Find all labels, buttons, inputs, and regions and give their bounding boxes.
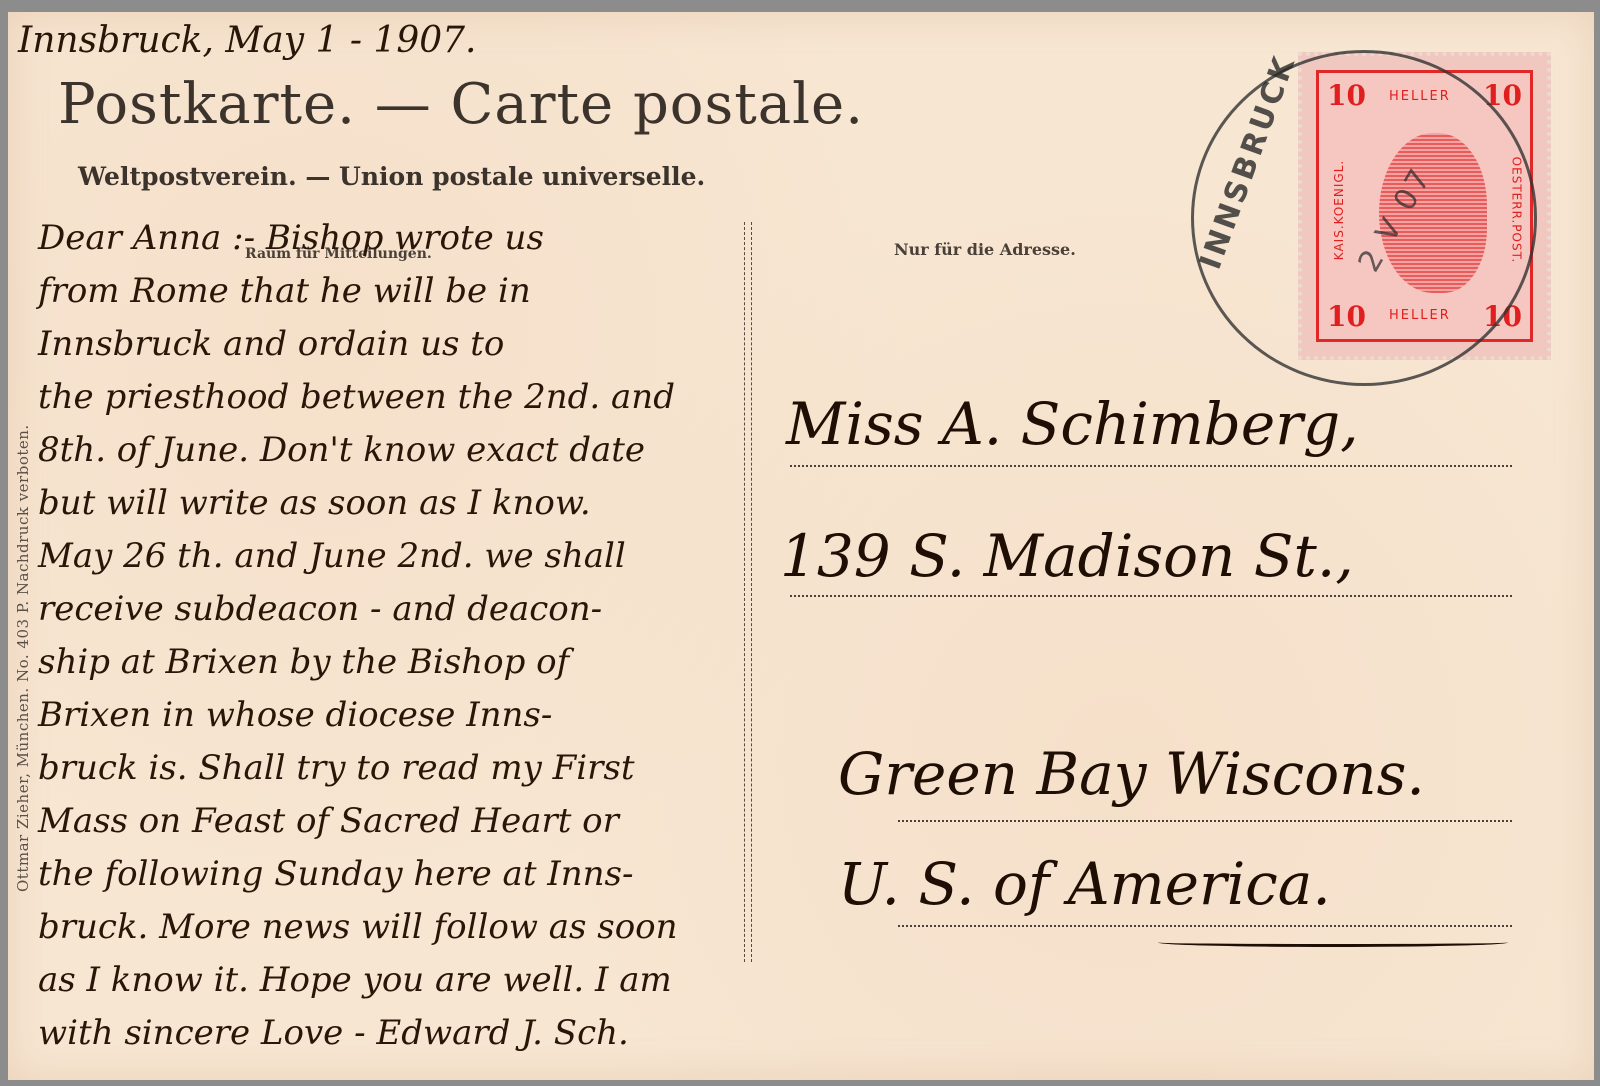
address-rule	[898, 925, 1512, 927]
publisher-imprint: Ottmar Zieher, München. No. 403 P. Nachd…	[14, 424, 32, 892]
message-line: May 26 th. and June 2nd. we shall	[38, 530, 758, 583]
postcard-title: Postkarte. — Carte postale.	[58, 72, 864, 137]
message-line: ship at Brixen by the Bishop of	[38, 636, 758, 689]
message-line: the priesthood between the 2nd. and	[38, 371, 758, 424]
message-line: Mass on Feast of Sacred Heart or	[38, 795, 758, 848]
message-line: Innsbruck and ordain us to	[38, 318, 758, 371]
address-city: Green Bay Wiscons.	[838, 740, 1425, 808]
underline-flourish	[1158, 938, 1508, 947]
address-area-label: Nur für die Adresse.	[894, 240, 1076, 259]
message-line: bruck is. Shall try to read my First	[38, 742, 758, 795]
message-line: bruck. More news will follow as soon	[38, 901, 758, 954]
message-line: the following Sunday here at Inns-	[38, 848, 758, 901]
message-text: Dear Anna :- Bishop wrote us from Rome t…	[38, 212, 758, 1060]
address-rule	[790, 465, 1512, 467]
message-line: from Rome that he will be in	[38, 265, 758, 318]
message-line: but will write as soon as I know.	[38, 477, 758, 530]
postcard-subtitle: Weltpostverein. — Union postale universe…	[78, 162, 705, 191]
address-rule	[790, 595, 1512, 597]
message-line: 8th. of June. Don't know exact date	[38, 424, 758, 477]
dateline: Innsbruck, May 1 - 1907.	[18, 20, 477, 61]
address-country: U. S. of America.	[838, 850, 1331, 918]
address-recipient: Miss A. Schimberg,	[786, 390, 1359, 458]
postcard: Innsbruck, May 1 - 1907. Postkarte. — Ca…	[8, 12, 1594, 1080]
address-street: 139 S. Madison St.,	[780, 522, 1354, 590]
message-line: receive subdeacon - and deacon-	[38, 583, 758, 636]
message-line: Brixen in whose diocese Inns-	[38, 689, 758, 742]
address-rule	[898, 820, 1512, 822]
message-line: as I know it. Hope you are well. I am	[38, 954, 758, 1007]
message-line: with sincere Love - Edward J. Sch.	[38, 1007, 758, 1060]
message-line: Dear Anna :- Bishop wrote us	[38, 212, 758, 265]
